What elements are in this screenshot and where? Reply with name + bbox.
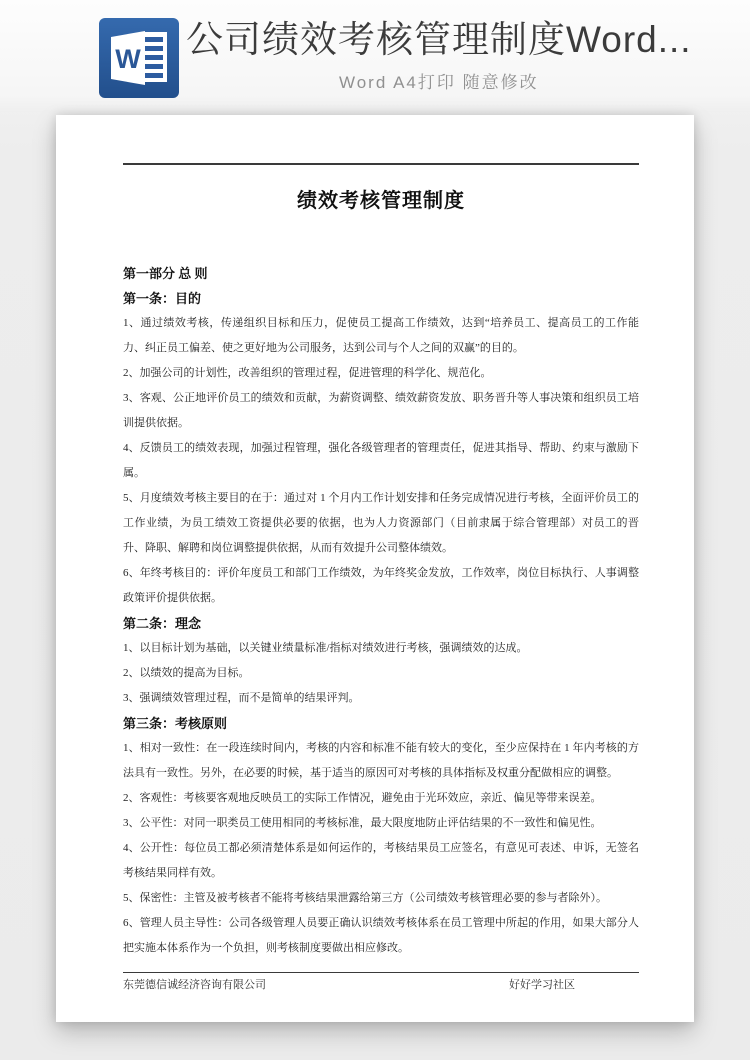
- footer-site-name: 好好学习社区: [509, 978, 639, 992]
- doc-paragraph: 3、客观、公正地评价员工的绩效和贡献，为薪资调整、绩效薪资发放、职务晋升等人事决…: [123, 386, 639, 436]
- document-footer: 东莞德信诚经济咨询有限公司 好好学习社区: [123, 972, 639, 992]
- doc-heading: 第一条：目的: [123, 286, 639, 311]
- doc-paragraph: 2、以绩效的提高为目标。: [123, 661, 639, 686]
- word-icon-letter: W: [115, 44, 141, 74]
- doc-heading: 第一部分 总 则: [123, 261, 639, 286]
- document-body: 第一部分 总 则 第一条：目的 1、通过绩效考核，传递组织目标和压力，促使员工提…: [123, 261, 639, 961]
- doc-paragraph: 6、年终考核目的：评价年度员工和部门工作绩效，为年终奖金发放，工作效率，岗位目标…: [123, 561, 639, 611]
- site-header: W 公司绩效考核管理制度Word... Word A4打印 随意修改: [0, 0, 750, 112]
- doc-paragraph: 1、以目标计划为基础，以关键业绩量标准/指标对绩效进行考核，强调绩效的达成。: [123, 636, 639, 661]
- footer-company: 东莞德信诚经济咨询有限公司: [123, 978, 266, 992]
- doc-paragraph: 4、反馈员工的绩效表现，加强过程管理，强化各级管理者的管理责任，促进其指导、帮助…: [123, 436, 639, 486]
- doc-heading: 第二条：理念: [123, 611, 639, 636]
- doc-paragraph: 1、通过绩效考核，传递组织目标和压力，促使员工提高工作绩效，达到“培养员工、提高…: [123, 311, 639, 361]
- doc-paragraph: 2、客观性：考核要客观地反映员工的实际工作情况，避免由于光环效应，亲近、偏见等带…: [123, 786, 639, 811]
- document-top-rule: [123, 163, 639, 165]
- footer-divider: [123, 972, 639, 973]
- page-title: 公司绩效考核管理制度Word...: [186, 18, 692, 62]
- doc-paragraph: 5、月度绩效考核主要目的在于：通过对 1 个月内工作计划安排和任务完成情况进行考…: [123, 486, 639, 561]
- document-page: 绩效考核管理制度 第一部分 总 则 第一条：目的 1、通过绩效考核，传递组织目标…: [56, 115, 694, 1022]
- doc-paragraph: 2、加强公司的计划性，改善组织的管理过程，促进管理的科学化、规范化。: [123, 361, 639, 386]
- doc-paragraph: 5、保密性：主管及被考核者不能将考核结果泄露给第三方（公司绩效考核管理必要的参与…: [123, 886, 639, 911]
- document-title: 绩效考核管理制度: [123, 187, 639, 215]
- word-icon: W: [99, 18, 179, 98]
- doc-paragraph: 3、强调绩效管理过程，而不是简单的结果评判。: [123, 686, 639, 711]
- doc-paragraph: 1、相对一致性：在一段连续时间内，考核的内容和标准不能有较大的变化，至少应保持在…: [123, 736, 639, 786]
- doc-paragraph: 6、管理人员主导性：公司各级管理人员要正确认识绩效考核体系在员工管理中所起的作用…: [123, 911, 639, 961]
- doc-paragraph: 3、公平性：对同一职类员工使用相同的考核标准，最大限度地防止评估结果的不一致性和…: [123, 811, 639, 836]
- doc-heading: 第三条：考核原则: [123, 711, 639, 736]
- page-subtitle: Word A4打印 随意修改: [339, 68, 539, 93]
- header-text-block: 公司绩效考核管理制度Word... Word A4打印 随意修改: [186, 18, 692, 93]
- doc-paragraph: 4、公开性：每位员工都必须清楚体系是如何运作的，考核结果员工应签名，有意见可表述…: [123, 836, 639, 886]
